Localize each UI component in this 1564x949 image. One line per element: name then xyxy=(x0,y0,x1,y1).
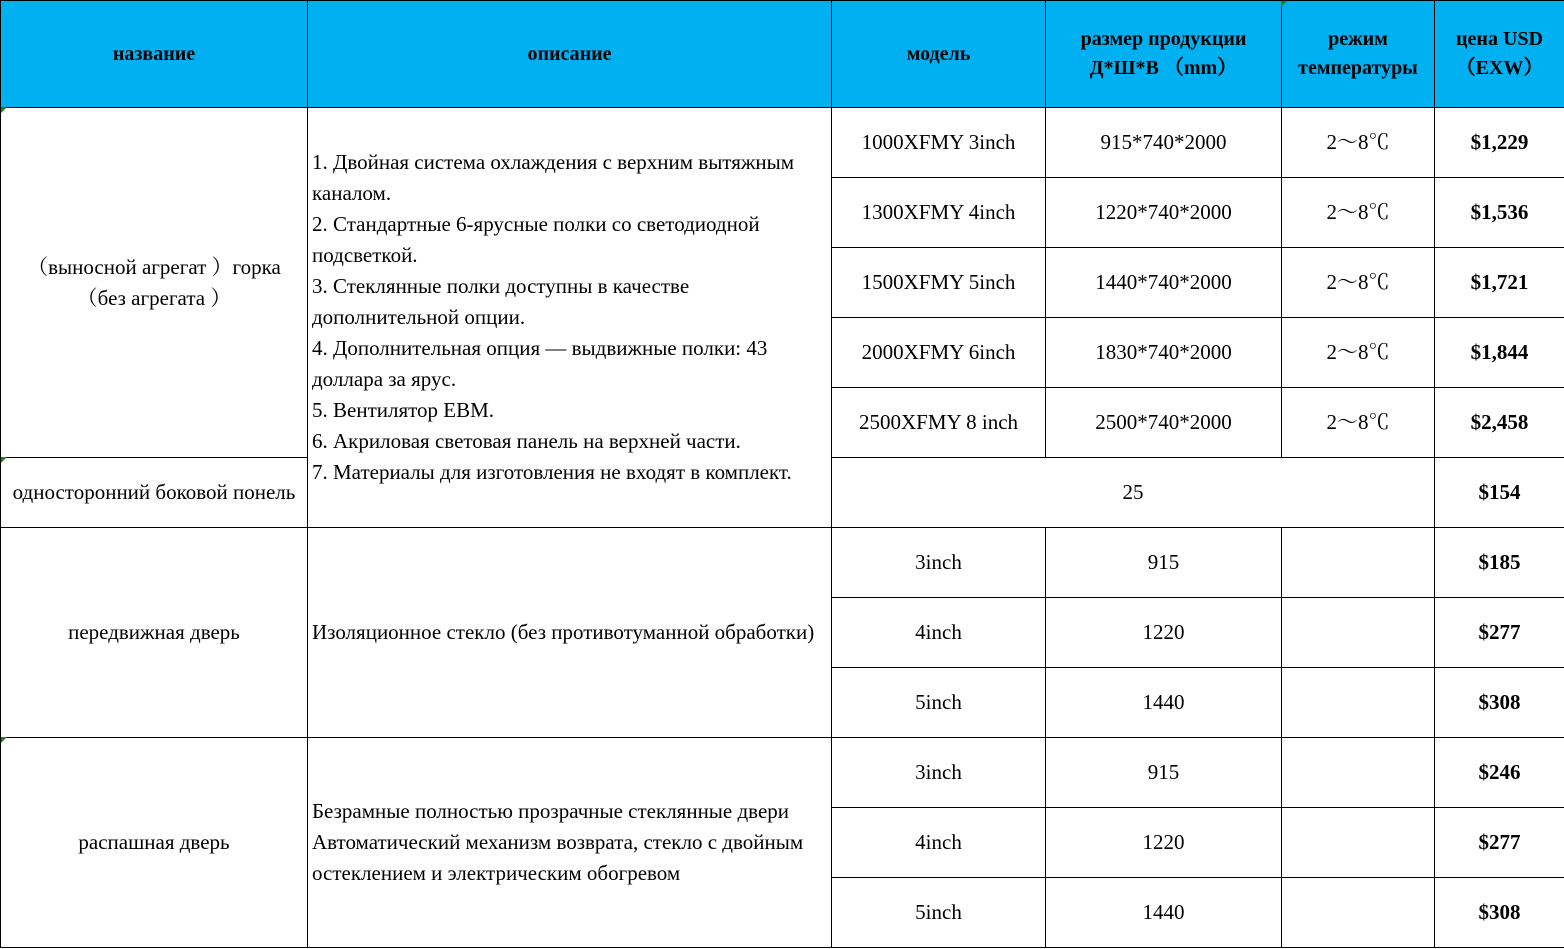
model-cell: 1000XFMY 3inch xyxy=(832,108,1046,178)
size-cell: 1440 xyxy=(1046,878,1282,948)
sliding-door-name: передвижная дверь xyxy=(1,528,308,738)
header-model: модель xyxy=(832,1,1046,108)
temp-cell xyxy=(1282,878,1435,948)
temp-cell: 2～8℃ xyxy=(1282,178,1435,248)
sliding-door-description: Изоляционное стекло (без противотуманной… xyxy=(308,528,832,738)
model-cell: 3inch xyxy=(832,528,1046,598)
model-cell: 5inch xyxy=(832,878,1046,948)
cabinet-description: 1. Двойная система охлаждения с верхним … xyxy=(308,108,832,528)
model-cell: 4inch xyxy=(832,808,1046,878)
price-cell: $308 xyxy=(1435,668,1564,738)
description-line: 2. Стандартные 6-ярусные полки со светод… xyxy=(312,209,829,271)
header-description: описание xyxy=(308,1,832,108)
size-cell: 915*740*2000 xyxy=(1046,108,1282,178)
description-line: 4. Дополнительная опция — выдвижные полк… xyxy=(312,333,829,395)
price-cell: $154 xyxy=(1435,458,1564,528)
size-cell: 1440 xyxy=(1046,668,1282,738)
side-panel-value: 25 xyxy=(832,458,1435,528)
price-cell: $277 xyxy=(1435,808,1564,878)
model-cell: 5inch xyxy=(832,668,1046,738)
size-cell: 1830*740*2000 xyxy=(1046,318,1282,388)
size-cell: 1220 xyxy=(1046,598,1282,668)
model-cell: 1500XFMY 5inch xyxy=(832,248,1046,318)
table-row: распашная дверь Безрамные полностью проз… xyxy=(1,738,1564,808)
size-cell: 915 xyxy=(1046,528,1282,598)
temp-cell: 2～8℃ xyxy=(1282,108,1435,178)
model-cell: 2500XFMY 8 inch xyxy=(832,388,1046,458)
temp-cell xyxy=(1282,668,1435,738)
temp-cell: 2～8℃ xyxy=(1282,318,1435,388)
temp-cell xyxy=(1282,738,1435,808)
price-cell: $1,536 xyxy=(1435,178,1564,248)
price-cell: $308 xyxy=(1435,878,1564,948)
header-size: размер продукции Д*Ш*В （mm） xyxy=(1046,1,1282,108)
model-cell: 2000XFMY 6inch xyxy=(832,318,1046,388)
size-cell: 1440*740*2000 xyxy=(1046,248,1282,318)
price-cell: $1,844 xyxy=(1435,318,1564,388)
table-row: （выносной агрегат ）горка（без агрегата ） … xyxy=(1,108,1564,178)
cell-comment-marker xyxy=(1281,1,1287,7)
model-cell: 4inch xyxy=(832,598,1046,668)
temp-cell: 2～8℃ xyxy=(1282,248,1435,318)
price-cell: $246 xyxy=(1435,738,1564,808)
description-line: 7. Материалы для изготовления не входят … xyxy=(312,457,829,488)
model-cell: 1300XFMY 4inch xyxy=(832,178,1046,248)
description-line: 5. Вентилятор EBM. xyxy=(312,395,829,426)
price-cell: $277 xyxy=(1435,598,1564,668)
temp-cell xyxy=(1282,808,1435,878)
description-line: Автоматический механизм возврата, стекло… xyxy=(312,827,829,889)
hinged-door-description: Безрамные полностью прозрачные стеклянны… xyxy=(308,738,832,948)
header-name: название xyxy=(1,1,308,108)
cell-comment-marker xyxy=(1,457,7,463)
header-price: цена USD（EXW） xyxy=(1435,1,1564,108)
cell-comment-marker xyxy=(1,107,7,113)
price-cell: $1,721 xyxy=(1435,248,1564,318)
model-cell: 3inch xyxy=(832,738,1046,808)
cabinet-name: （выносной агрегат ）горка（без агрегата ） xyxy=(1,108,308,458)
price-cell: $1,229 xyxy=(1435,108,1564,178)
hinged-door-name: распашная дверь xyxy=(1,738,308,948)
description-line: 6. Акриловая световая панель на верхней … xyxy=(312,426,829,457)
temp-cell: 2～8℃ xyxy=(1282,388,1435,458)
price-cell: $185 xyxy=(1435,528,1564,598)
size-cell: 915 xyxy=(1046,738,1282,808)
table-row: передвижная дверь Изоляционное стекло (б… xyxy=(1,528,1564,598)
cell-comment-marker xyxy=(1,737,7,743)
header-temperature: режим температуры xyxy=(1282,1,1435,108)
temp-cell xyxy=(1282,528,1435,598)
temp-cell xyxy=(1282,598,1435,668)
side-panel-name: односторонний боковой понель xyxy=(1,458,308,528)
size-cell: 1220*740*2000 xyxy=(1046,178,1282,248)
description-line: 3. Стеклянные полки доступны в качестве … xyxy=(312,271,829,333)
description-line: Безрамные полностью прозрачные стеклянны… xyxy=(312,796,829,827)
description-line: 1. Двойная система охлаждения с верхним … xyxy=(312,147,829,209)
price-table: название описание модель размер продукци… xyxy=(0,0,1564,948)
header-row: название описание модель размер продукци… xyxy=(1,1,1564,108)
price-cell: $2,458 xyxy=(1435,388,1564,458)
size-cell: 2500*740*2000 xyxy=(1046,388,1282,458)
size-cell: 1220 xyxy=(1046,808,1282,878)
